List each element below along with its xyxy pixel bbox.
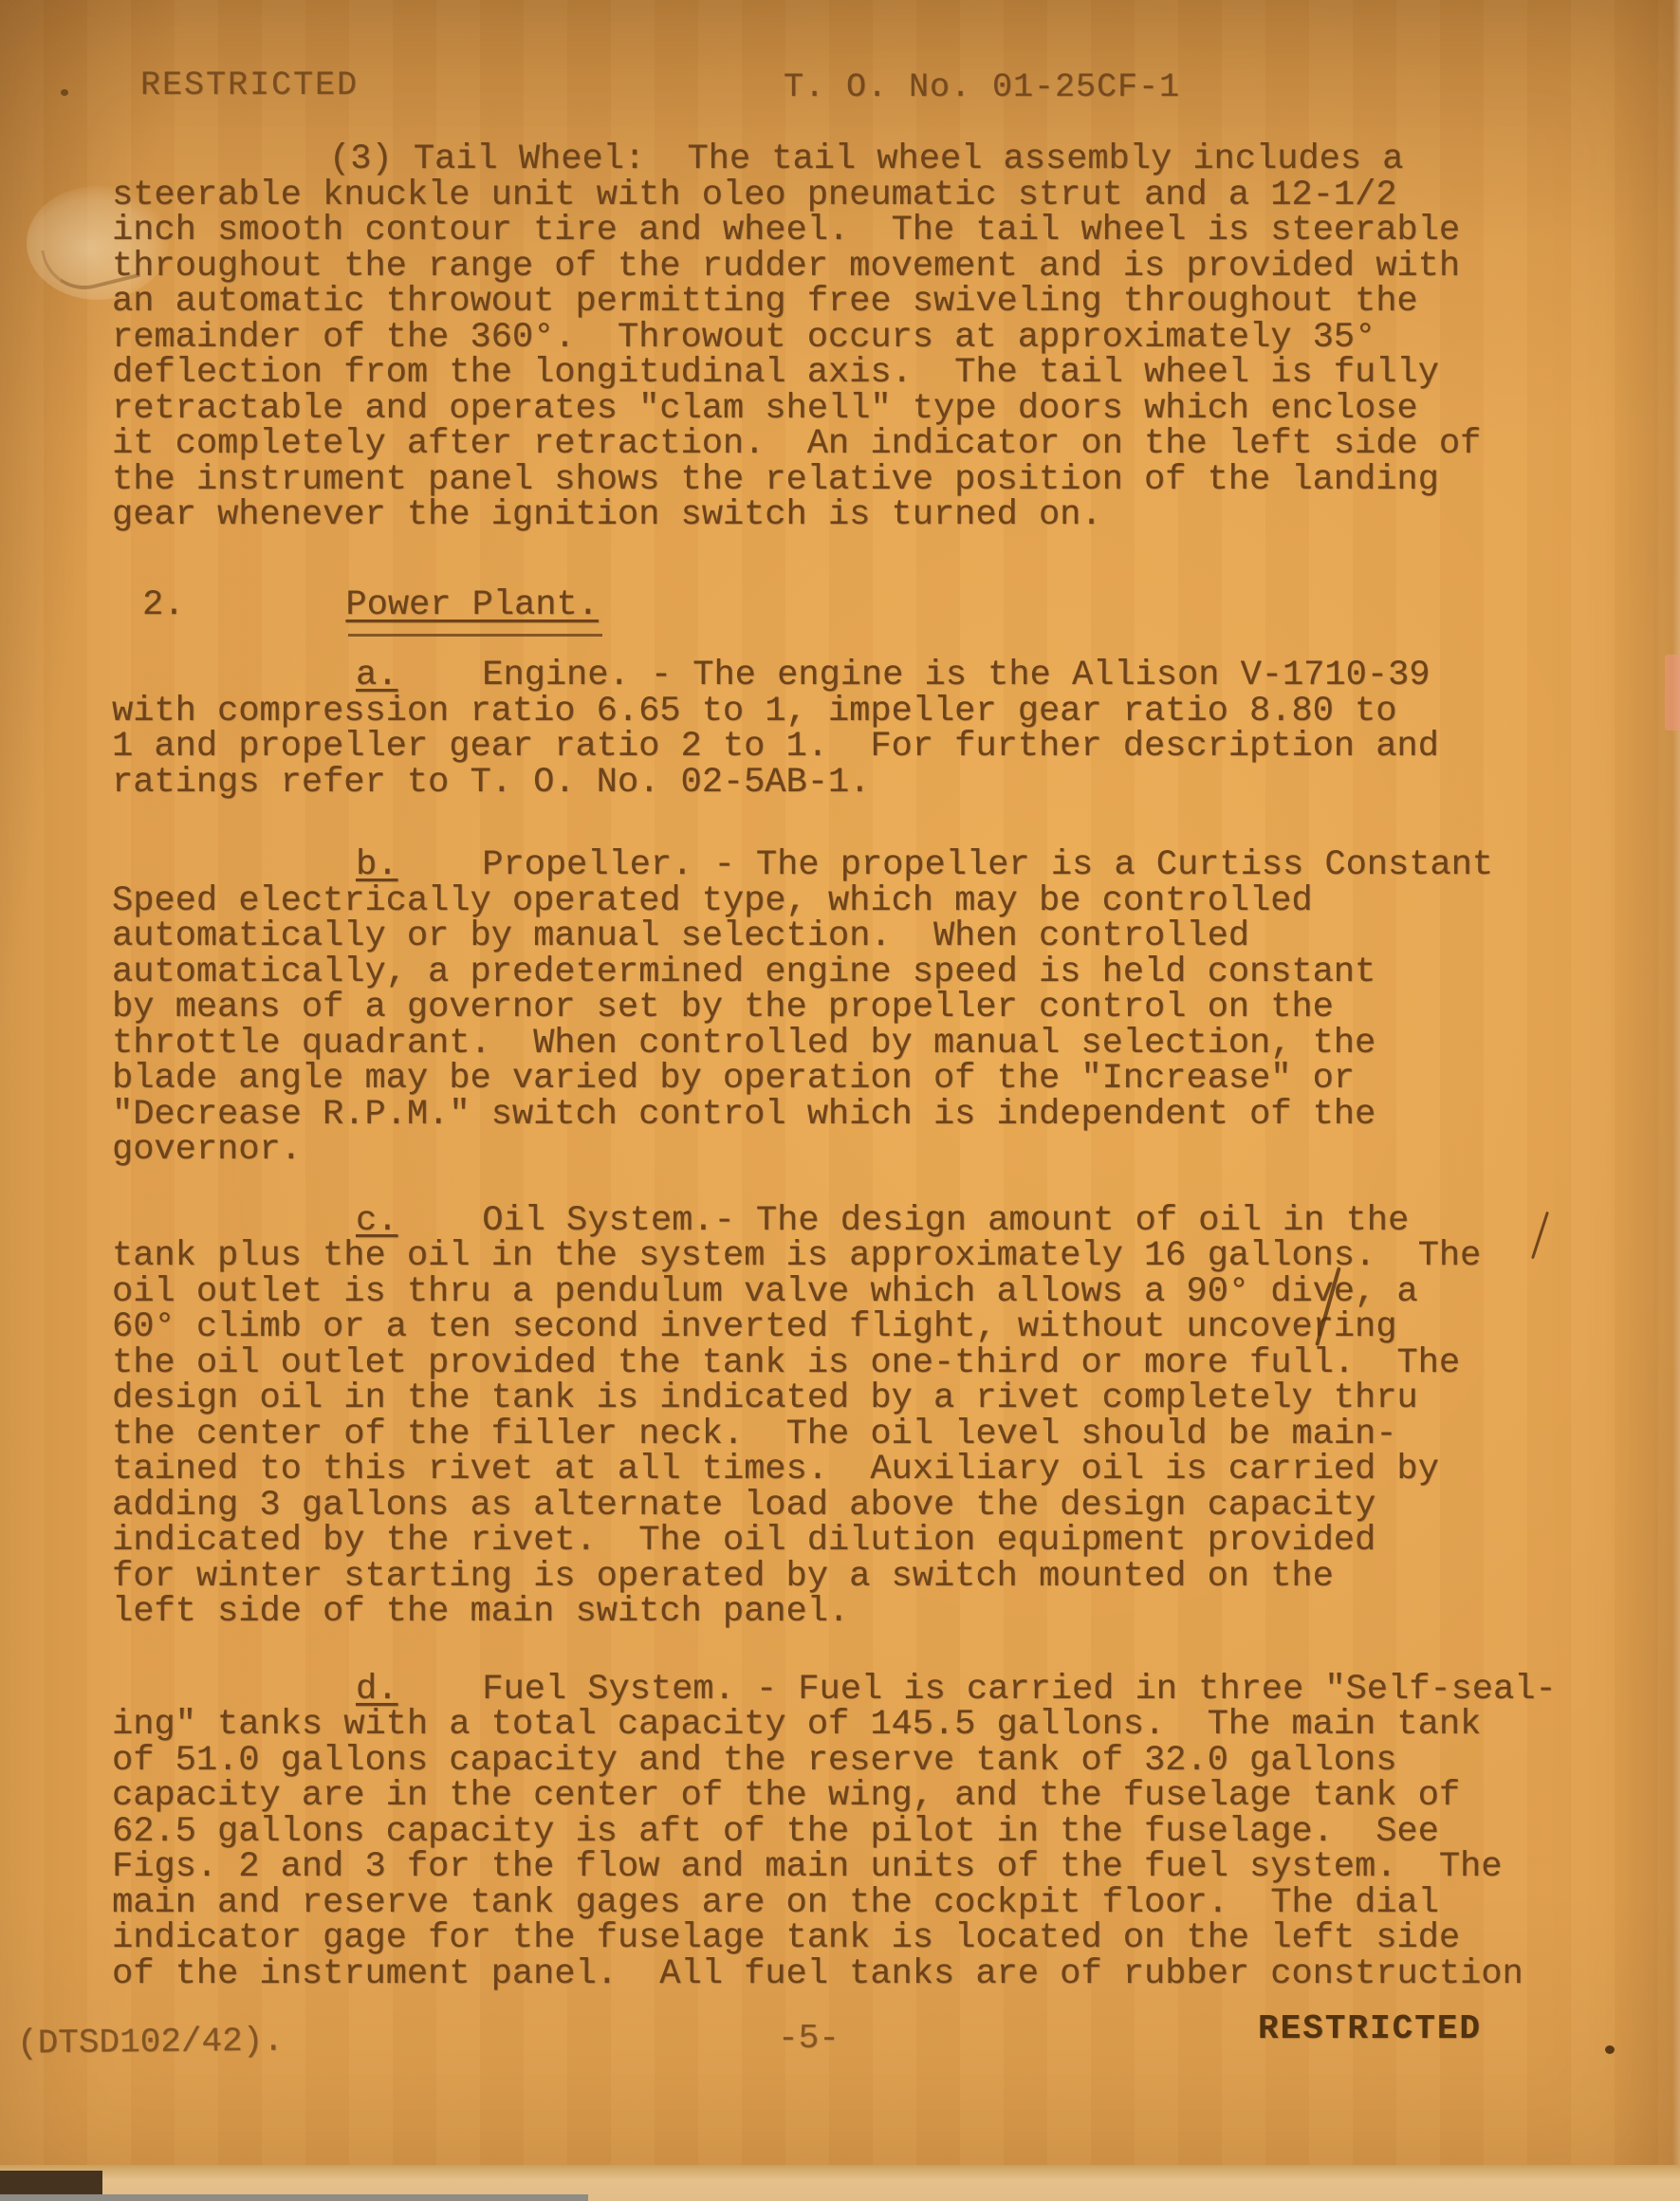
page-edge-pink-streak [1665,655,1680,731]
ink-dot-footer [1605,2045,1615,2054]
section-title: Power Plant. [345,585,598,625]
scanned-page: RESTRICTEDT. O. No. 01-25CF-1 (3) Tail W… [0,0,1680,2201]
paragraph-tail-wheel: (3) Tail Wheel: The tail wheel assembly … [112,142,1611,534]
paragraph-engine: a. Engine. - The engine is the Allison V… [112,658,1611,801]
page-right-edge [1672,0,1680,2201]
paragraph-oil-system: c. Oil System.- The design amount of oil… [112,1204,1611,1631]
technical-order-number: T. O. No. 01-25CF-1 [784,68,1180,106]
paragraph-text: Propeller. - The propeller is a Curtiss … [112,845,1493,1170]
document-body: (3) Tail Wheel: The tail wheel assembly … [112,142,1611,1992]
paragraph-text: (3) Tail Wheel: The tail wheel assembly … [112,139,1481,535]
scan-bottom-line [0,2194,588,2201]
footer-classification-stamp: RESTRICTED [1258,2009,1482,2048]
paragraph-label: c. [356,1201,397,1241]
paragraph-fuel-system: d. Fuel System. - Fuel is carried in thr… [112,1673,1611,1993]
paragraph-label: b. [356,845,397,885]
page-header: RESTRICTEDT. O. No. 01-25CF-1 [0,66,1680,114]
section-number: 2. [142,585,184,625]
section-heading-power-plant: 2.Power Plant. [112,588,1611,624]
paragraph-label: d. [356,1670,397,1710]
page-footer: (DTSD102/42).-5-RESTRICTED [0,2009,1680,2066]
paragraph-text: Engine. - The engine is the Allison V-17… [112,656,1439,803]
footer-reference-number: (DTSD102/42). [17,2022,284,2063]
page-number: -5- [778,2019,840,2058]
paragraph-propeller: b. Propeller. - The propeller is a Curti… [112,848,1611,1169]
header-classification-stamp: RESTRICTED [140,66,359,104]
paragraph-text: Oil System.- The design amount of oil in… [112,1201,1481,1633]
paragraph-label: a. [356,656,397,695]
paragraph-text: Fuel System. - Fuel is carried in three … [112,1670,1557,1994]
